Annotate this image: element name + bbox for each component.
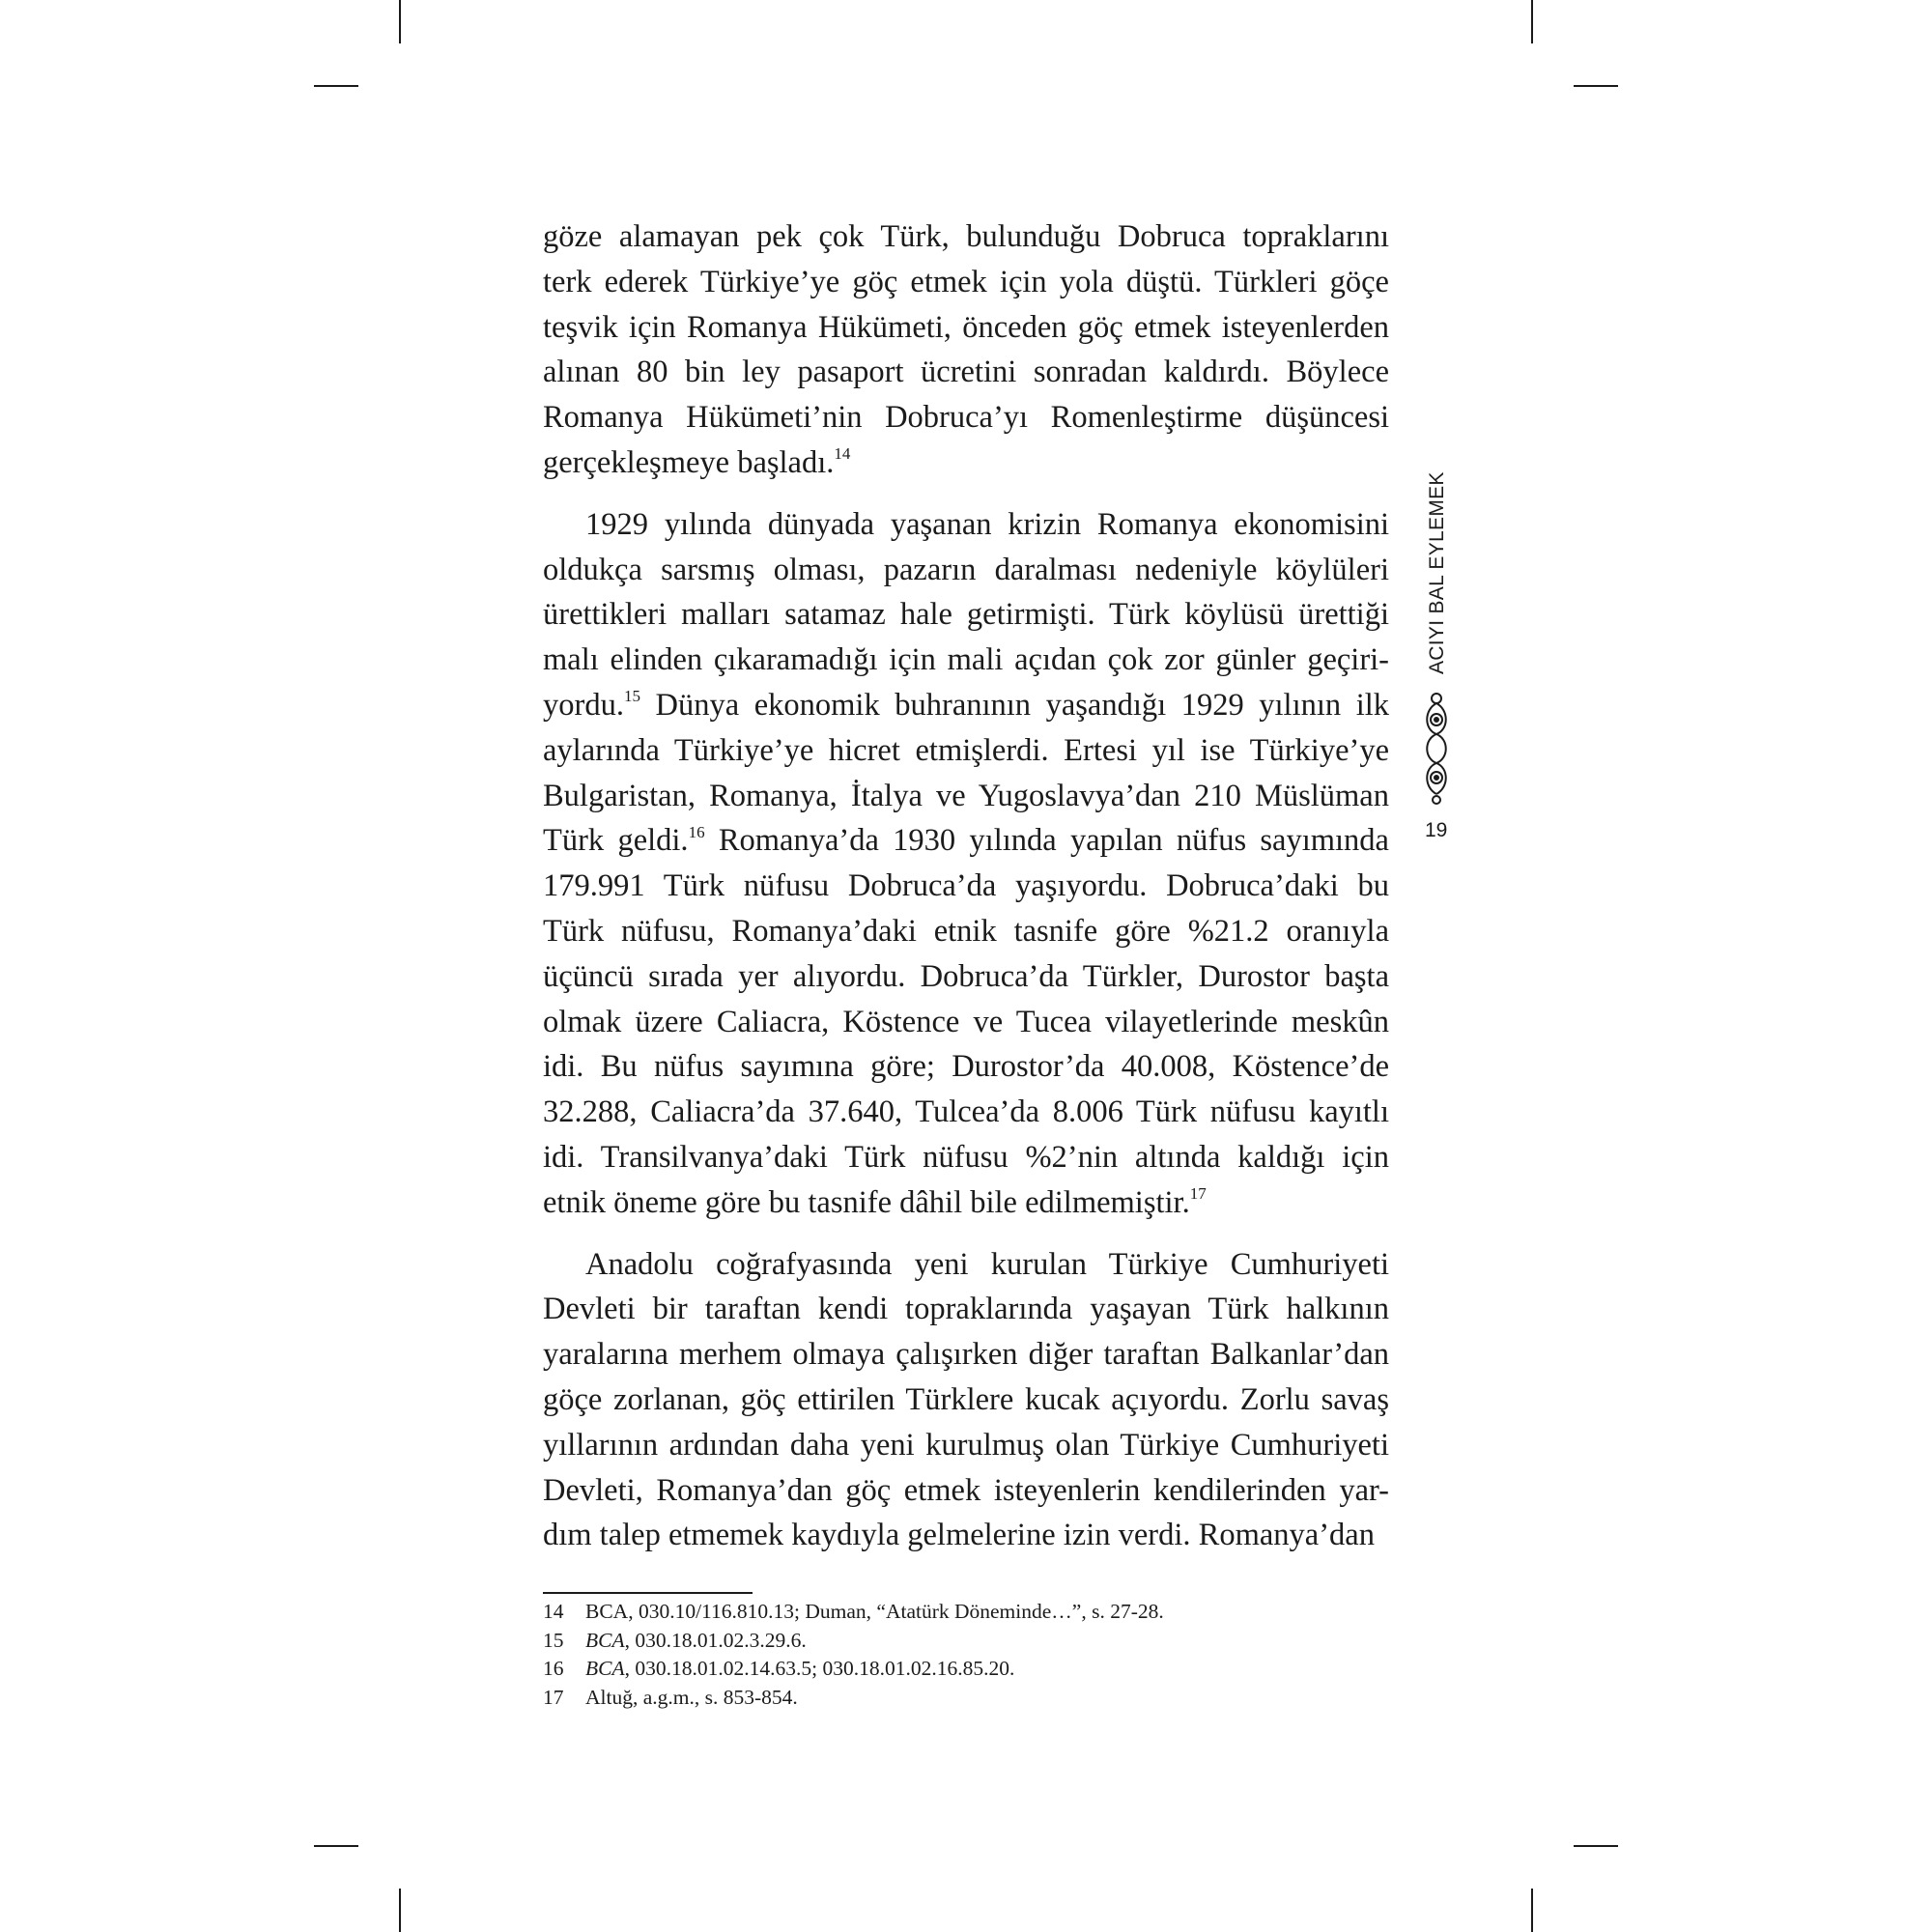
body-text: göze alamayan pek çok Türk, bulunduğu Do… [543,214,1389,1558]
text-line: yıllarının ardından daha yeni kurulmuş o… [543,1423,1389,1468]
text-line: 179.991 Türk nüfusu Dobruca’da yaşıyordu… [543,864,1389,909]
text-line: ürettikleri malları satamaz hale getirmi… [543,592,1389,638]
crop-mark-top-right-vertical [1531,0,1533,43]
footnotes: 14BCA, 030.10/116.810.13; Duman, “Atatür… [543,1598,1164,1712]
crop-mark-bottom-left-vertical [399,1889,401,1932]
paragraph: göze alamayan pek çok Türk, bulunduğu Do… [543,214,1389,486]
crop-mark-top-right-horizontal [1574,85,1618,87]
footnote-source-italic: BCA [585,1629,625,1652]
text-line: göze alamayan pek çok Türk, bulunduğu Do… [543,214,1389,260]
text-line: üçüncü sırada yer alıyordu. Dobruca’da T… [543,954,1389,1000]
footnote-text: Altuğ, a.g.m., s. 853-854. [585,1686,798,1709]
paragraph: 1929 yılında dünyada yaşanan krizin Roma… [543,502,1389,1226]
text-line: Bulgaristan, Romanya, İtalya ve Yugoslav… [543,774,1389,819]
footnote: 17Altuğ, a.g.m., s. 853-854. [543,1684,1164,1713]
text-line: Türk nüfusu, Romanya’daki etnik tasnife … [543,909,1389,954]
text-line: 32.288, Caliacra’da 37.640, Tulcea’da 8.… [543,1090,1389,1135]
footnote-text: , 030.18.01.02.14.63.5; 030.18.01.02.16.… [625,1657,1015,1680]
text-line: aylarında Türkiye’ye hicret etmişlerdi. … [543,728,1389,774]
text-line: alınan 80 bin ley pasaport ücretini sonr… [543,350,1389,395]
footnote-text: , 030.18.01.02.3.29.6. [625,1629,807,1652]
crop-mark-bottom-right-vertical [1531,1889,1533,1932]
footnote-text: BCA, 030.10/116.810.13; Duman, “Atatürk … [585,1600,1164,1623]
footnote: 16BCA, 030.18.01.02.14.63.5; 030.18.01.0… [543,1655,1164,1684]
text-line: Devleti, Romanya’dan göç etmek isteyenle… [543,1468,1389,1514]
text-line: idi. Bu nüfus sayımına göre; Durostor’da… [543,1044,1389,1090]
footnote-reference: 14 [834,444,850,463]
footnote-reference: 16 [689,823,705,841]
running-head-title: ACIYI BAL EYLEMEK [1426,471,1449,674]
text-line: yaralarına merhem olmaya çalışırken diğe… [543,1332,1389,1378]
text-line: Romanya Hükümeti’nin Dobruca’yı Romenleş… [543,395,1389,440]
footnote-number: 17 [543,1684,585,1713]
footnote-separator [543,1592,753,1594]
text-line: gerçekleşmeye başladı.14 [543,440,1389,486]
page-number: 19 [1425,819,1447,842]
crop-mark-bottom-left-horizontal [314,1845,358,1847]
footnote: 15BCA, 030.18.01.02.3.29.6. [543,1627,1164,1656]
text-line: terk ederek Türkiye’ye göç etmek için yo… [543,260,1389,305]
footnote-number: 15 [543,1627,585,1656]
scroll-ornament-icon [1422,691,1451,807]
footnote-reference: 17 [1190,1184,1207,1203]
text-line: Devleti bir taraftan kendi topraklarında… [543,1287,1389,1332]
footnote-number: 14 [543,1598,585,1627]
text-line: teşvik için Romanya Hükümeti, önceden gö… [543,305,1389,351]
text-line: göçe zorlanan, göç ettirilen Türklere ku… [543,1378,1389,1423]
text-line: dım talep etmemek kaydıyla gelmelerine i… [543,1513,1389,1558]
crop-mark-top-left-vertical [399,0,401,43]
paragraph: Anadolu coğrafyasında yeni kurulan Türki… [543,1242,1389,1559]
footnote-number: 16 [543,1655,585,1684]
footnote-source-italic: BCA [585,1657,625,1680]
footnote-reference: 15 [624,687,640,705]
text-line: Anadolu coğrafyasında yeni kurulan Türki… [543,1242,1389,1288]
text-line: Türk geldi.16 Romanya’da 1930 yılında ya… [543,818,1389,864]
footnote: 14BCA, 030.10/116.810.13; Duman, “Atatür… [543,1598,1164,1627]
text-line: malı elinden çıkaramadığı için mali açıd… [543,638,1389,683]
text-line: olmak üzere Caliacra, Köstence ve Tucea … [543,1000,1389,1045]
crop-mark-bottom-right-horizontal [1574,1845,1618,1847]
text-line: yordu.15 Dünya ekonomik buhranının yaşan… [543,683,1389,728]
text-line: oldukça sarsmış olması, pazarın daralmas… [543,548,1389,593]
text-line: idi. Transilvanya’daki Türk nüfusu %2’ni… [543,1135,1389,1180]
text-line: 1929 yılında dünyada yaşanan krizin Roma… [543,502,1389,548]
crop-mark-top-left-horizontal [314,85,358,87]
text-line: etnik öneme göre bu tasnife dâhil bile e… [543,1180,1389,1226]
